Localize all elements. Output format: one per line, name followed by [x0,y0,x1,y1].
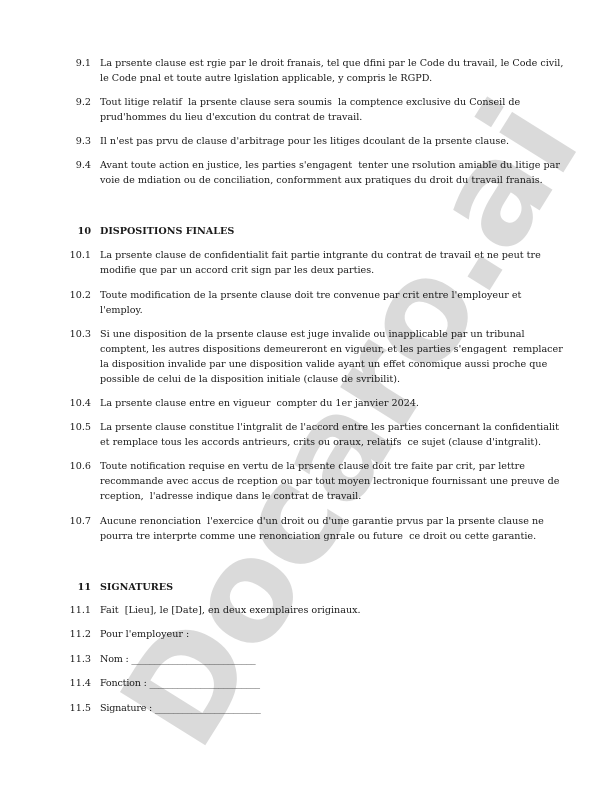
clause-text: Il n'est pas prvu de clause d'arbitrage … [100,134,545,149]
clause-line: recommande avec accus de rception ou par… [100,474,545,489]
section-number: 11 [78,580,91,595]
clause-number: 9.1 [76,56,91,71]
clause-text: Fonction : ________________________ [100,676,545,691]
clause-number: 10.2 [70,288,91,303]
clause-text: La prsente clause de confidentialit fait… [100,248,545,278]
clause-line: pourra tre interprte comme une renonciat… [100,529,545,544]
clause-number: 10.3 [70,327,91,342]
clause-line: La prsente clause de confidentialit fait… [100,248,545,263]
section-title: DISPOSITIONS FINALES [100,224,545,239]
clause-text: Signature : _______________________ [100,701,545,716]
clause-line: le Code pnal et toute autre lgislation a… [100,71,545,86]
clause-text: Pour l'employeur : [100,627,545,642]
clause-line: Toute notification requise en vertu de l… [100,459,545,474]
clause-line: La prsente clause entre en vigueur compt… [100,396,545,411]
clause-text: Si une disposition de la prsente clause … [100,327,545,387]
section-number: 10 [78,224,91,239]
clause-line: prud'hommes du lieu d'excution du contra… [100,110,545,125]
clause-line: comptent, les autres dispositions demeur… [100,342,545,357]
clause-line: Nom : ___________________________ [100,652,545,667]
clause-line: Tout litige relatif la prsente clause se… [100,95,545,110]
clause-line: possible de celui de la disposition init… [100,372,545,387]
clause-number: 10.5 [70,420,91,435]
clause-line: la disposition invalide par une disposit… [100,357,545,372]
clause-number: 10.6 [70,459,91,474]
clause-line: et remplace tous les accords antrieurs, … [100,435,545,450]
clause-text: Aucune renonciation l'exercice d'un droi… [100,514,545,544]
clause-line: Fait [Lieu], le [Date], en deux exemplai… [100,603,545,618]
clause-number: 11.2 [70,627,91,642]
clause-number: 11.3 [70,652,91,667]
clause-number: 10.1 [70,248,91,263]
clause-text: Avant toute action en justice, les parti… [100,158,545,188]
clause-number: 11.1 [70,603,91,618]
clause-line: Avant toute action en justice, les parti… [100,158,545,173]
clause-line: La prsente clause constitue l'intgralit … [100,420,545,435]
clause-number: 9.3 [76,134,91,149]
clause-number: 11.4 [70,676,91,691]
clause-line: l'employ. [100,303,545,318]
clause-line: Il n'est pas prvu de clause d'arbitrage … [100,134,545,149]
clause-line: Aucune renonciation l'exercice d'un droi… [100,514,545,529]
clause-text: La prsente clause entre en vigueur compt… [100,396,545,411]
clause-line: rception, l'adresse indique dans le cont… [100,489,545,504]
clause-text: Nom : ___________________________ [100,652,545,667]
document-page: Docaro.ai 9.1La prsente clause est rgie … [0,0,612,792]
clause-text: La prsente clause est rgie par le droit … [100,56,545,86]
clause-text: Tout litige relatif la prsente clause se… [100,95,545,125]
clause-text: Toute notification requise en vertu de l… [100,459,545,504]
clause-line: Si une disposition de la prsente clause … [100,327,545,342]
clause-text: Fait [Lieu], le [Date], en deux exemplai… [100,603,545,618]
section-title: SIGNATURES [100,580,545,595]
clause-number: 11.5 [70,701,91,716]
clause-number: 9.4 [76,158,91,173]
clause-line: modifie que par un accord crit sign par … [100,263,545,278]
clause-number: 10.4 [70,396,91,411]
clause-line: La prsente clause est rgie par le droit … [100,56,545,71]
clause-line: Fonction : ________________________ [100,676,545,691]
clause-line: Signature : _______________________ [100,701,545,716]
clause-text: La prsente clause constitue l'intgralit … [100,420,545,450]
clause-number: 10.7 [70,514,91,529]
clause-line: Pour l'employeur : [100,627,545,642]
clause-number: 9.2 [76,95,91,110]
clause-text: Toute modification de la prsente clause … [100,288,545,318]
clause-line: voie de mdiation ou de conciliation, con… [100,173,545,188]
clause-line: Toute modification de la prsente clause … [100,288,545,303]
